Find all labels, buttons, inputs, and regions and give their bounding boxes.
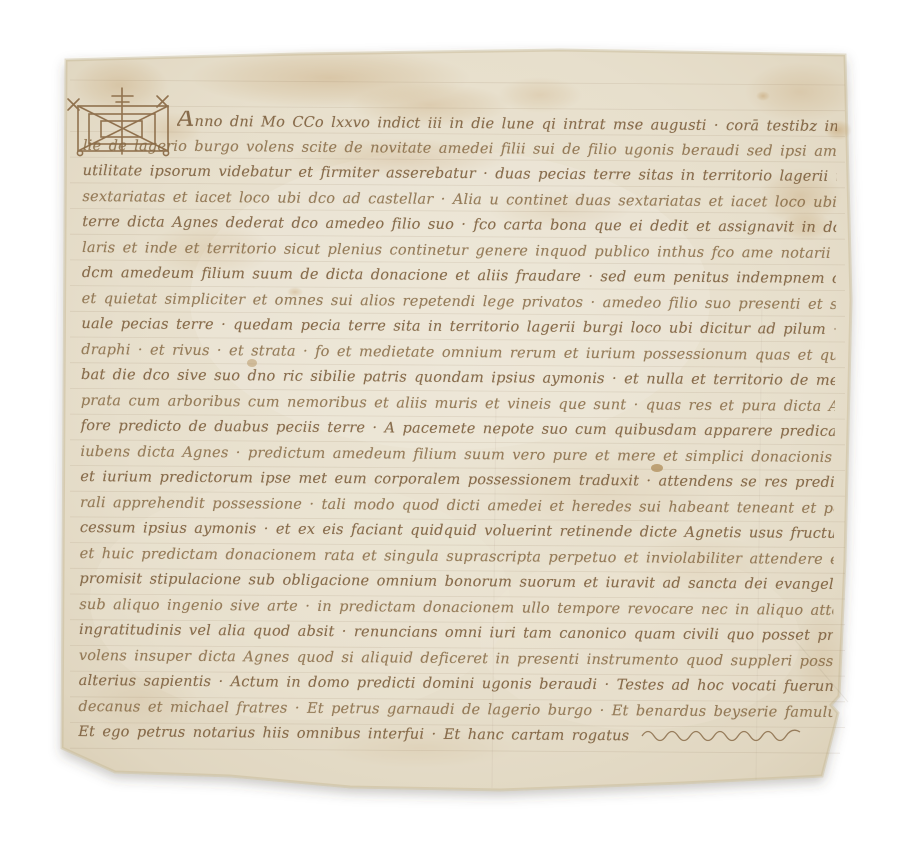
stain-blob bbox=[780, 211, 832, 241]
stain-blob bbox=[80, 665, 200, 735]
stain-blob bbox=[488, 190, 632, 230]
stain-blob bbox=[485, 444, 715, 536]
parchment-photo bbox=[0, 0, 900, 842]
stain-blob bbox=[138, 112, 202, 148]
stain-blob bbox=[794, 605, 850, 715]
stain-blob bbox=[350, 83, 510, 127]
stain-blob bbox=[72, 57, 168, 113]
stain-blob bbox=[290, 138, 510, 178]
stain-blob bbox=[630, 535, 770, 595]
stain-blob bbox=[498, 77, 582, 113]
stain-blob bbox=[824, 120, 852, 140]
stain-blob bbox=[287, 287, 303, 297]
stain-blob bbox=[325, 728, 515, 768]
stain-blob bbox=[756, 91, 770, 101]
stain-blob bbox=[148, 222, 272, 278]
page-background: Anno dni Mo CCo lxxvo indict iii in die … bbox=[0, 0, 900, 842]
stain-blob bbox=[247, 359, 257, 367]
stain-blob bbox=[651, 464, 663, 472]
